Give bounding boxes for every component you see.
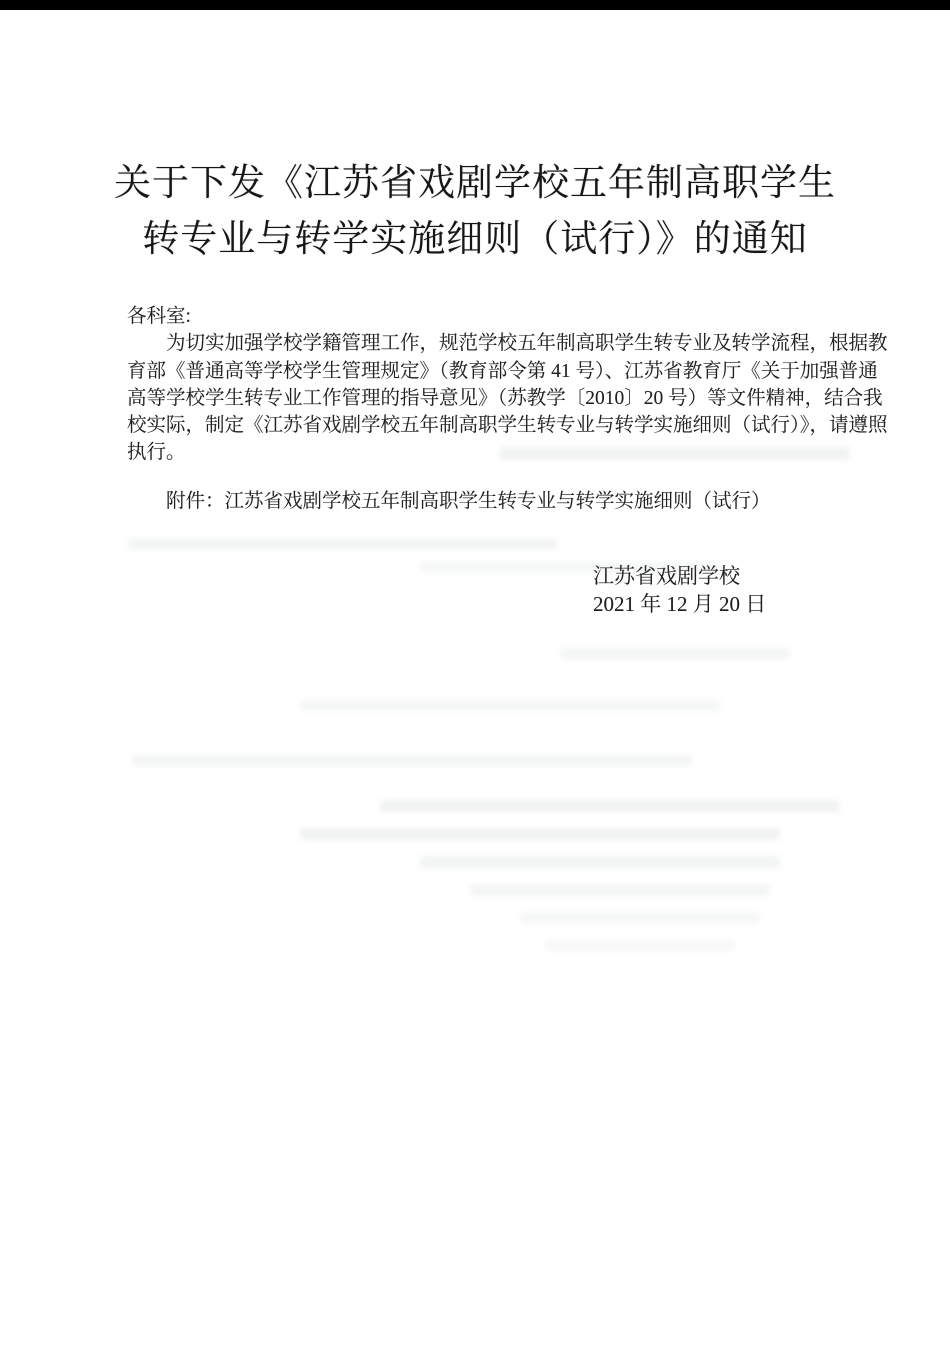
body-line: 执行。	[127, 439, 867, 466]
title-line-2: 转专业与转学实施细则（试行）》的通知	[142, 219, 808, 260]
signature-org: 江苏省戏剧学校	[593, 562, 766, 590]
body-line: 育部《普通高等学校学生管理规定》（教育部令第 41 号）、江苏省教育厅《关于加强…	[127, 358, 867, 385]
body-line: 高等学校学生转专业工作管理的指导意见》（苏教学〔2010〕20 号）等文件精神，…	[127, 385, 867, 412]
scan-bleed-artifact	[520, 912, 760, 923]
signature-block: 江苏省戏剧学校 2021 年 12 月 20 日	[593, 562, 766, 618]
scan-bleed-artifact	[300, 828, 780, 840]
scan-bleed-artifact	[545, 940, 735, 951]
scan-bleed-artifact	[420, 856, 780, 868]
scan-bleed-artifact	[128, 538, 558, 550]
scan-bleed-artifact	[300, 700, 720, 711]
signature-date: 2021 年 12 月 20 日	[593, 590, 766, 618]
attachment-line: 附件：江苏省戏剧学校五年制高职学生转专业与转学实施细则（试行）	[127, 488, 867, 515]
document-page: 关于下发《江苏省戏剧学校五年制高职学生 转专业与转学实施细则（试行）》的通知 各…	[0, 0, 950, 1345]
scan-bleed-artifact	[470, 884, 770, 896]
document-title: 关于下发《江苏省戏剧学校五年制高职学生 转专业与转学实施细则（试行）》的通知	[0, 156, 950, 268]
title-line-1: 关于下发《江苏省戏剧学校五年制高职学生	[114, 163, 836, 204]
document-body: 各科室: 为切实加强学校学籍管理工作，规范学校五年制高职学生转专业及转学流程，根…	[127, 303, 867, 515]
salutation: 各科室:	[127, 303, 867, 330]
scan-bleed-artifact	[132, 755, 692, 766]
body-line: 为切实加强学校学籍管理工作，规范学校五年制高职学生转专业及转学流程，根据教	[127, 330, 867, 357]
scan-bleed-artifact	[380, 800, 840, 812]
scanner-edge-artifact	[0, 0, 950, 10]
scan-bleed-artifact	[560, 648, 790, 659]
body-line: 校实际，制定《江苏省戏剧学校五年制高职学生转专业与转学实施细则（试行）》，请遵照	[127, 412, 867, 439]
